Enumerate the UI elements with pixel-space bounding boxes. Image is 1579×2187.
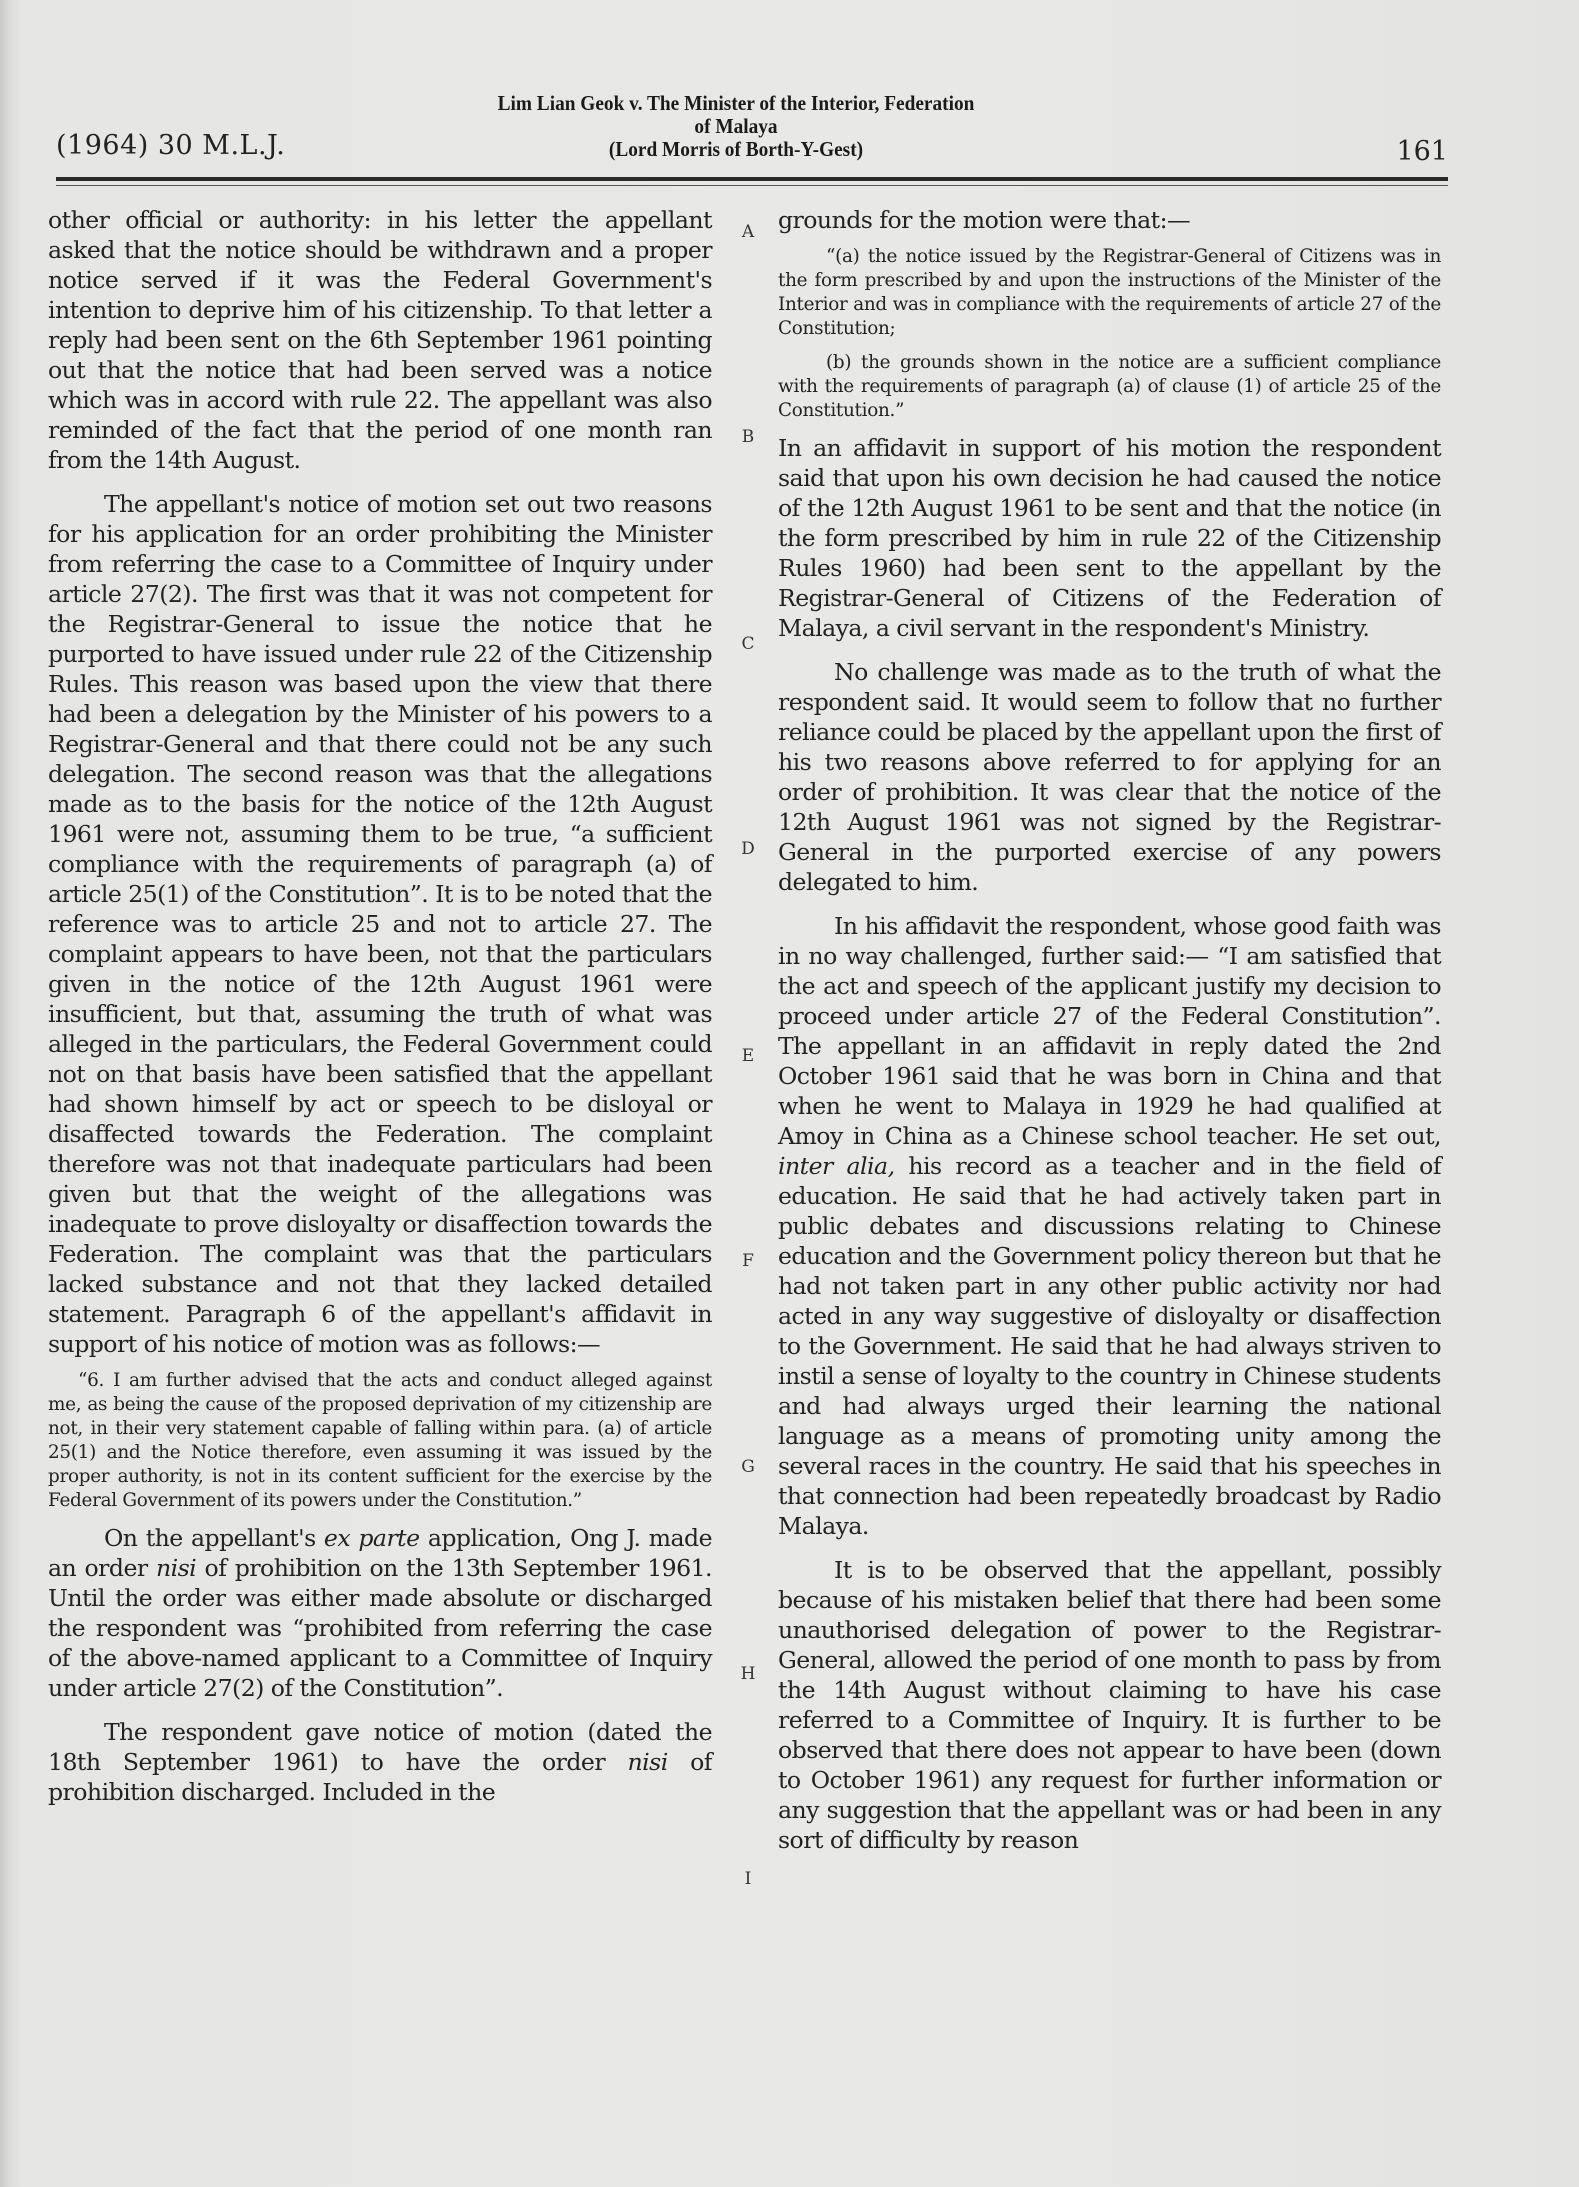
italic-term: nisi — [628, 1748, 668, 1776]
text-run: The respondent gave notice of motion (da… — [48, 1718, 712, 1776]
margin-letter-f: F — [738, 1251, 758, 1271]
affidavit-quote-text: “6. I am further advised that the acts a… — [48, 1369, 712, 1513]
header-rule-thin — [56, 185, 1448, 186]
page-number: 161 — [1396, 136, 1448, 167]
left-paragraph-4: The respondent gave notice of motion (da… — [48, 1717, 712, 1807]
grounds-quote-a: “(a) the notice issued by the Registrar-… — [778, 245, 1441, 341]
text-run: his record as a teacher and in the field… — [778, 1152, 1441, 1540]
case-title-line-1: Lim Lian Geok v. The Minister of the Int… — [368, 92, 1104, 115]
text-run: On the appellant's — [104, 1524, 324, 1552]
margin-letter-g: G — [738, 1457, 758, 1477]
right-paragraph-4: In his affidavit the respondent, whose g… — [778, 911, 1441, 1541]
grounds-quote: “(a) the notice issued by the Registrar-… — [778, 245, 1441, 423]
right-paragraph-3: No challenge was made as to the truth of… — [778, 657, 1441, 897]
text-run: In his affidavit the respondent, whose g… — [778, 912, 1441, 1150]
running-header: (1964) 30 M.L.J. Lim Lian Geok v. The Mi… — [56, 90, 1448, 170]
left-paragraph-3: On the appellant's ex parte application,… — [48, 1523, 712, 1703]
header-rule-thick — [56, 177, 1448, 181]
left-paragraph-1: other official or authority: in his lett… — [48, 205, 712, 475]
case-title: Lim Lian Geok v. The Minister of the Int… — [368, 92, 1104, 161]
case-title-line-2: of Malaya — [368, 115, 1104, 138]
margin-letter-e: E — [738, 1046, 758, 1066]
right-column: grounds for the motion were that:— “(a) … — [778, 205, 1441, 1855]
italic-term: nisi — [156, 1554, 196, 1582]
right-paragraph-1: grounds for the motion were that:— — [778, 205, 1441, 235]
margin-letter-h: H — [738, 1664, 758, 1684]
margin-letter-i: I — [738, 1869, 758, 1889]
judge-name: (Lord Morris of Borth-Y-Gest) — [368, 138, 1104, 161]
italic-term: ex parte — [324, 1524, 420, 1552]
italic-term: inter alia, — [778, 1152, 895, 1180]
margin-letter-c: C — [738, 634, 758, 654]
affidavit-quote: “6. I am further advised that the acts a… — [48, 1369, 712, 1513]
right-paragraph-5: It is to be observed that the appellant,… — [778, 1555, 1441, 1855]
report-citation: (1964) 30 M.L.J. — [56, 130, 285, 161]
right-paragraph-2: In an affidavit in support of his motion… — [778, 433, 1441, 643]
left-paragraph-2: The appellant's notice of motion set out… — [48, 489, 712, 1359]
left-column: other official or authority: in his lett… — [48, 205, 712, 1807]
margin-letter-d: D — [738, 839, 758, 859]
margin-letter-a: A — [738, 222, 758, 242]
grounds-quote-b: (b) the grounds shown in the notice are … — [778, 351, 1441, 423]
margin-letter-b: B — [738, 427, 758, 447]
document-page: (1964) 30 M.L.J. Lim Lian Geok v. The Mi… — [0, 0, 1579, 2187]
